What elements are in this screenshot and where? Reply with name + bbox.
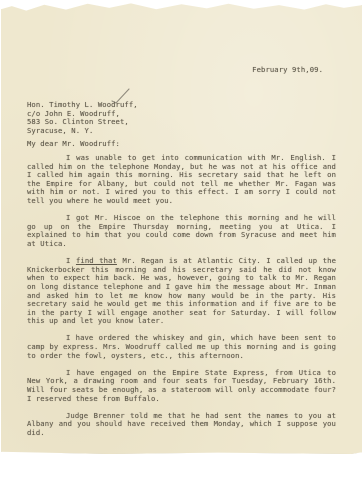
recipient-address-block: Hon. Timothy L. Woodruff, c/o John E. Wo… [27,101,138,135]
salutation: My dear Mr. Woodruff: [27,140,120,149]
paragraph-1: I was unable to get into communication w… [27,154,336,206]
paragraph-6: Judge Brenner told me that he had sent t… [27,412,336,438]
recipient-city: Syracuse, N. Y. [27,127,138,136]
paragraph-5: I have engaged on the Empire State Expre… [27,369,336,403]
paragraph-3-post: Mr. Regan is at Atlantic City. I called … [27,256,336,325]
paragraph-2: I got Mr. Hiscoe on the telephone this m… [27,214,336,248]
letter-body: I was unable to get into communication w… [27,154,336,446]
paragraph-3: I find that Mr. Regan is at Atlantic Cit… [27,257,336,326]
letter-paper: February 9th,09. Hon. Timothy L. Woodruf… [1,2,362,454]
letter-date: February 9th,09. [252,66,323,75]
paragraph-4: I have ordered the whiskey and gin, whic… [27,334,336,360]
